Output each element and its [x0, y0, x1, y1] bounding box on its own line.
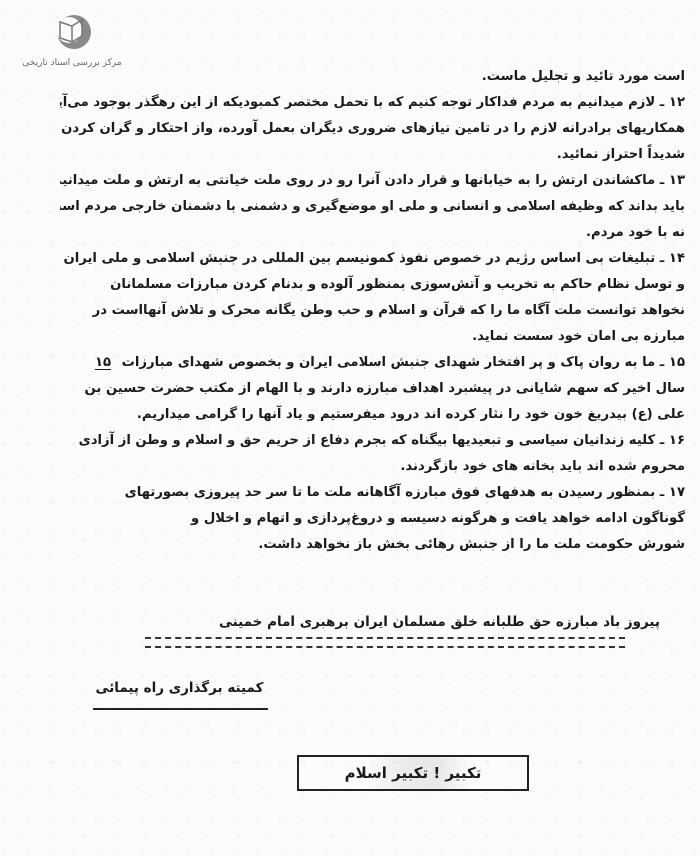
text-line: همکاریهای برادرانه لازم را در تامین نیاز… [60, 116, 685, 142]
underlined-number: ۱۵ [89, 355, 117, 370]
item-17-line: ۱۷ ـ بمنظور رسیدن به هدفهای فوق مبارزه آ… [60, 480, 685, 506]
text-line: نخواهد توانست ملت آگاه ما را که قرآن و ا… [60, 298, 685, 324]
takbir-text: تکبیر ! تکبیر اسلام [345, 764, 482, 782]
item-14-line: ۱۴ ـ تبلیغات بی اساس رژیم در خصوص نفوذ ک… [60, 246, 685, 272]
text-line: شدیداً احتراز نمائید. [60, 142, 685, 168]
item-13-line: ۱۳ ـ ماکشاندن ارتش را به خیابانها و قرار… [60, 168, 685, 194]
takbir-box: تکبیر ! تکبیر اسلام [297, 755, 529, 791]
text-line: مبارزه بی امان خود سست نماید. [60, 324, 685, 350]
text-line: علی (ع) بیدریغ خون خود را نثار کرده اند … [60, 402, 685, 428]
text-line: شورش حکومت ملت ما را از جنبش رهائی بخش ب… [60, 532, 685, 558]
text-line: است مورد تائید و تجلیل ماست. [60, 64, 685, 90]
open-book-crescent-icon [52, 12, 92, 52]
closing-slogan: پیروز باد مبارزه حق طلبانه خلق مسلمان ای… [145, 614, 660, 630]
signature-underline [93, 708, 268, 710]
text-line: سال اخیر که سهم شایانی در پیشبرد اهداف م… [60, 376, 685, 402]
item-12-line: ۱۲ ـ لازم میدانیم به مردم فداکار توجه کن… [60, 90, 685, 116]
item-15-line: ۱۵ ـ ما به روان پاک و پر افتخار شهدای جن… [60, 350, 685, 376]
signature-committee: کمیته برگذاری راه پیمائی [92, 680, 267, 696]
double-dashed-separator [145, 637, 625, 648]
document-body: است مورد تائید و تجلیل ماست. ۱۲ ـ لازم م… [60, 60, 685, 558]
item-16-line: ۱۶ ـ کلیه زندانیان سیاسی و تبعیدیها بیگن… [60, 428, 685, 454]
text-line: گوناگون ادامه خواهد یافت و هرگونه دسیسه … [60, 506, 685, 532]
text-line: نه با خود مردم. [60, 220, 685, 246]
text-line: باید بداند که وظیفه اسلامی و انسانی و مل… [60, 194, 685, 220]
text-line: و توسل نظام حاکم به تخریب و آتش‌سوزی بمن… [60, 272, 685, 298]
item-15-text: ۱۵ ـ ما به روان پاک و پر افتخار شهدای جن… [122, 355, 685, 370]
text-line: محروم شده اند باید بخانه های خود بازگردن… [60, 454, 685, 480]
